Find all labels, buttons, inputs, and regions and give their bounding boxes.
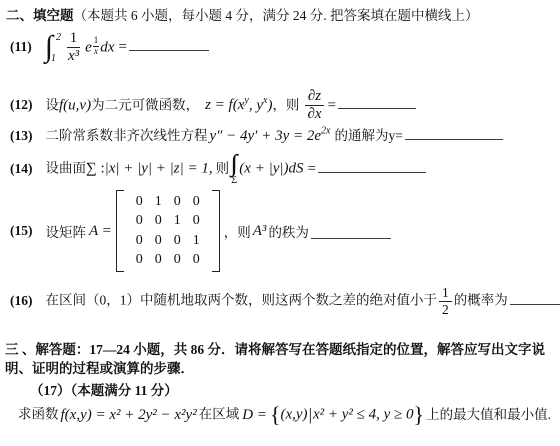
q12-label: (12) xyxy=(10,97,33,112)
right-brace: } xyxy=(414,402,425,427)
q13-exponent: 2x xyxy=(321,126,330,137)
section3-heading: 三 、解答题：17—24 小题，共 86 分．请将解答写在答题纸指定的位置，解答… xyxy=(5,341,557,378)
q16-text-2: 的概率为 xyxy=(454,293,508,308)
matrix-cell: 0 xyxy=(149,212,168,232)
matrix-cell: 0 xyxy=(168,231,187,251)
one-half-fraction: 12 xyxy=(439,285,452,317)
q12-text-1: 设 xyxy=(46,97,60,112)
integral-lower-limit: 1 xyxy=(51,53,61,64)
q17-heading: （17）（本题满分 11 分） xyxy=(30,379,178,399)
question-11: (11)∫211x³e1xdx= xyxy=(10,30,209,66)
q15-A-equals: A = xyxy=(89,223,112,240)
exam-page: 二、填空题（本题共 6 小题，每小题 4 分，满分 24 分. 把答案填在题中横… xyxy=(0,0,560,446)
matrix-cell: 0 xyxy=(187,212,206,232)
section2-heading: 二、填空题（本题共 6 小题，每小题 4 分，满分 24 分. 把答案填在题中横… xyxy=(6,4,479,24)
matrix-cell: 0 xyxy=(130,231,149,251)
q17-point: (x,y) xyxy=(281,407,308,423)
matrix-cell: 0 xyxy=(149,231,168,251)
section2-note: （本题共 6 小题，每小题 4 分，满分 24 分. 把答案填在题中横线上） xyxy=(74,8,479,23)
q16-label: (16) xyxy=(10,293,33,308)
matrix-A: 0100001000010000 xyxy=(116,190,220,272)
q14-label: (14) xyxy=(10,161,33,176)
matrix-cell: 0 xyxy=(168,192,187,212)
q14-text-1: 设曲面 xyxy=(46,161,87,176)
q12-text-3: ，则 xyxy=(272,97,299,112)
equals-sign: = xyxy=(328,97,336,113)
q14-answer-blank xyxy=(318,171,426,173)
q17-D-equals: D = xyxy=(242,407,267,423)
q17-body: 求函数f(x,y) = x² + 2y² − x²y²在区域D ={(x,y)|… xyxy=(18,402,551,428)
matrix-cell: 0 xyxy=(130,192,149,212)
q13-text-1: 二阶常系数非齐次线性方程 xyxy=(46,128,208,143)
q15-text-3: 的秩为 xyxy=(268,221,309,241)
question-12: (12)设f(u,v)为二元可微函数，z = f(xy, yx)，则∂z∂x= xyxy=(10,88,416,124)
q14-abs-equation: |x| + |y| + |z| = 1, xyxy=(105,161,213,177)
q16-text-1: 在区间（0，1）中随机地取两个数，则这两个数之差的绝对值小于 xyxy=(46,293,438,308)
section3-heading-text: 三 、解答题：17—24 小题，共 86 分．请将解答写在答题纸指定的位置，解答… xyxy=(5,342,545,376)
q17-text-1: 求函数 xyxy=(18,407,59,422)
q13-y-equals: y= xyxy=(388,128,402,143)
q15-answer-blank xyxy=(311,237,391,239)
partial-derivative-fraction: ∂z∂x xyxy=(304,88,324,124)
q17-heading-text: （17）（本题满分 11 分） xyxy=(30,383,178,398)
q12-comma-y: , y xyxy=(249,97,263,113)
q16-answer-blank xyxy=(510,303,560,305)
e-base: e xyxy=(85,39,92,55)
q12-text-2: 为二元可微函数， xyxy=(91,97,199,112)
question-14: (14)设曲面∑ :|x| + |y| + |z| = 1,则∫∫Σ(x + |… xyxy=(10,152,426,186)
matrix-cell: 0 xyxy=(187,192,206,212)
sigma-surface: ∑ : xyxy=(86,161,105,177)
q13-label: (13) xyxy=(10,128,33,143)
matrix-cell: 1 xyxy=(168,212,187,232)
q14-integrand: (x + |y|)dS xyxy=(239,161,303,177)
matrix-cell: 0 xyxy=(130,212,149,232)
q11-answer-blank xyxy=(129,49,209,51)
e-exponent-fraction: 1x xyxy=(93,36,100,57)
left-brace: { xyxy=(270,402,281,427)
question-16: (16)在区间（0，1）中随机地取两个数，则这两个数之差的绝对值小于12的概率为 xyxy=(10,285,560,317)
double-integral-domain: Σ xyxy=(231,176,237,186)
matrix-cell: 0 xyxy=(130,251,149,271)
q13-equation: y″ − 4y′ + 3y = 2e xyxy=(210,128,322,144)
double-integral-symbol: ∫∫Σ xyxy=(231,152,237,186)
q14-text-2: 则 xyxy=(216,161,230,176)
section2-title: 二、填空题 xyxy=(6,8,74,23)
matrix-cell: 0 xyxy=(168,251,187,271)
question-13: (13)二阶常系数非齐次线性方程y″ − 4y′ + 3y = 2e2x的通解为… xyxy=(10,124,503,145)
matrix-cell: 1 xyxy=(149,192,168,212)
integral-upper-limit: 2 xyxy=(56,32,61,43)
q15-text-2: ，则 xyxy=(224,221,251,241)
matrix-left-bracket xyxy=(116,190,124,272)
matrix-cell: 0 xyxy=(187,251,206,271)
matrix-cell: 1 xyxy=(187,231,206,251)
q17-text-2: 在区域 xyxy=(199,407,240,422)
q15-text-1: 设矩阵 xyxy=(46,221,87,241)
q12-f-uv: f(u,v) xyxy=(59,97,91,113)
equals-sign: = xyxy=(118,39,126,55)
integrand-fraction: 1x³ xyxy=(65,30,82,66)
q11-label: (11) xyxy=(10,39,32,54)
matrix-cells: 0100001000010000 xyxy=(124,190,212,272)
integral-symbol: ∫21 xyxy=(45,32,61,64)
question-15: (15)设矩阵A =0100001000010000，则A³的秩为 xyxy=(10,190,391,272)
q13-text-2: 的通解为 xyxy=(334,128,388,143)
q17-text-3: 上的最大值和最小值. xyxy=(426,407,551,422)
matrix-right-bracket xyxy=(212,190,220,272)
dx-term: dx xyxy=(100,39,114,55)
q12-z-eq: z = f(x xyxy=(205,97,244,113)
q12-answer-blank xyxy=(338,107,416,109)
equals-sign: = xyxy=(307,161,315,177)
q13-answer-blank xyxy=(405,138,503,140)
q15-A-cubed: A³ xyxy=(253,223,267,240)
q15-label: (15) xyxy=(10,223,33,239)
matrix-cell: 0 xyxy=(149,251,168,271)
q17-function: f(x,y) = x² + 2y² − x²y² xyxy=(61,407,197,423)
q17-constraints: x² + y² ≤ 4, y ≥ 0 xyxy=(313,407,414,423)
